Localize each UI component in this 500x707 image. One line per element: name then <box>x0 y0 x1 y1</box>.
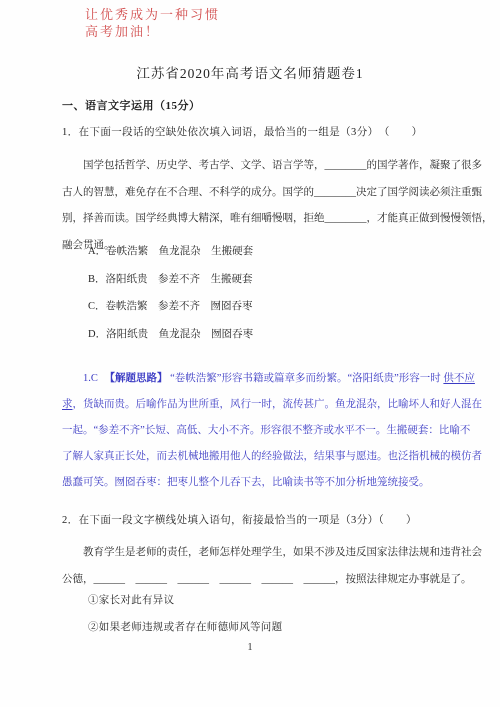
passage-line: 国学包括哲学、历史学、考古学、文学、语言学等，________的国学著作，凝聚了… <box>62 153 446 180</box>
answer-line: 求，货缺而贵。后喻作品为世所重，风行一时，流传甚广。鱼龙混杂，比喻坏人和好人混在 <box>62 392 450 418</box>
question2-item-2: ②如果老师违规或者存在师德师风等问题 <box>88 619 282 634</box>
option-c: C．卷帙浩繁 参差不齐 囫囵吞枣 <box>88 293 388 321</box>
answer-line: 愚蠢可笑。囫囵吞枣：把枣儿整个儿吞下去，比喻读书等不加分析地笼统接受。 <box>62 470 450 496</box>
question2-passage: 教育学生是老师的责任，老师怎样处理学生，如果不涉及违反国家法律法规和违背社会 公… <box>62 540 446 593</box>
answer-underlined-term: 供不应 <box>443 373 475 384</box>
page-number: 1 <box>0 642 500 653</box>
question1-stem: 1．在下面一段话的空缺处依次填入词语，最恰当的一组是（3分） （ ） <box>62 124 423 139</box>
red-watermark: 让优秀成为一种习惯 高考加油！ <box>85 6 220 40</box>
question2-item-1: ①家长对此有异议 <box>88 592 174 607</box>
exam-paper-page: 让优秀成为一种习惯 高考加油！ 江苏省2020年高考语文名师猜题卷1 一、语言文… <box>0 0 500 707</box>
answer-text: “卷帙浩繁”形容书籍或篇章多而纷繁。“洛阳纸贵”形容一时 <box>170 373 441 384</box>
answer-number: 1.C <box>83 373 98 384</box>
answer-underlined-term: 求 <box>62 399 73 410</box>
passage-line: 别，择善而读。国学经典博大精深，唯有细嚼慢咽，拒绝________，才能真正做到… <box>62 206 446 233</box>
option-d: D．洛阳纸贵 鱼龙混杂 囫囵吞枣 <box>88 321 388 349</box>
answer-label: 【解题思路】 <box>105 373 168 384</box>
question2-stem: 2．在下面一段文字横线处填入语句，衔接最恰当的一项是（3分）（ ） <box>62 512 417 527</box>
passage-line: 教育学生是老师的责任，老师怎样处理学生，如果不涉及违反国家法律法规和违背社会 <box>62 540 446 567</box>
option-b: B．洛阳纸贵 参差不齐 生搬硬套 <box>88 266 388 294</box>
answer1-explanation: 1.C 【解题思路】 “卷帙浩繁”形容书籍或篇章多而纷繁。“洛阳纸贵”形容一时 … <box>62 366 450 496</box>
answer-text: ，货缺而贵。后喻作品为世所重，风行一时，流传甚广。鱼龙混杂，比喻坏人和好人混在 <box>73 399 483 410</box>
answer-line: 一起。“参差不齐”长短、高低、大小不齐。形容很不整齐或水平不一。生搬硬套：比喻不 <box>62 418 450 444</box>
red-watermark-line2: 高考加油！ <box>85 23 220 40</box>
passage-line: 公德，______ ______ ______ ______ ______ __… <box>62 567 446 594</box>
answer-line: 了解人家真正长处，而去机械地搬用他人的经验做法，结果事与愿违。也泛指机械的模仿者 <box>62 444 450 470</box>
section-heading: 一、语言文字运用（15分） <box>62 97 201 113</box>
page-title: 江苏省2020年高考语文名师猜题卷1 <box>0 62 500 82</box>
red-watermark-line1: 让优秀成为一种习惯 <box>85 6 220 23</box>
question1-options: A．卷帙浩繁 鱼龙混杂 生搬硬套 B．洛阳纸贵 参差不齐 生搬硬套 C．卷帙浩繁… <box>88 238 388 348</box>
option-a: A．卷帙浩繁 鱼龙混杂 生搬硬套 <box>88 238 388 266</box>
answer-line: 1.C 【解题思路】 “卷帙浩繁”形容书籍或篇章多而纷繁。“洛阳纸贵”形容一时 … <box>62 366 450 392</box>
passage-line: 古人的智慧，难免存在不合理、不科学的成分。国学的________决定了国学阅读必… <box>62 180 446 207</box>
